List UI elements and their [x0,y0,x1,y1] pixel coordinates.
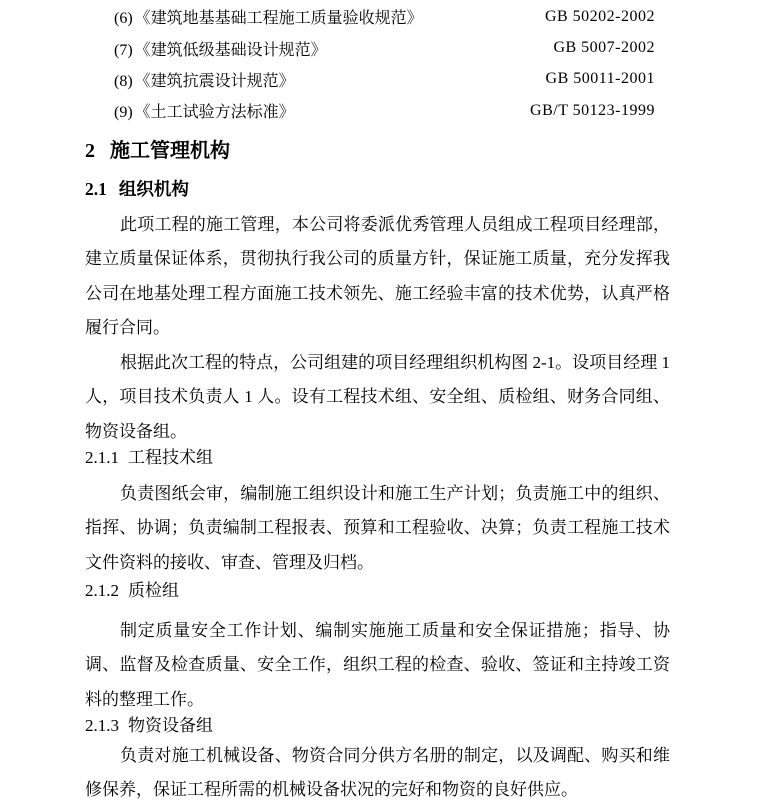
reference-title-group: (8) 《建筑抗震设计规范》 [114,68,295,91]
subsection-number: 2.1.1 [85,448,119,467]
reference-title-group: (9) 《土工试验方法标准》 [114,99,295,122]
reference-item: (8) 《建筑抗震设计规范》 GB 50011-2001 [114,64,655,95]
chapter-heading: 2施工管理机构 [85,138,230,164]
reference-title: 《土工试验方法标准》 [135,99,295,122]
subsection-title: 工程技术组 [128,448,213,467]
section-paragraph: 此项工程的施工管理，本公司将委派优秀管理人员组成工程项目经理部，建立质量保证体系… [85,208,670,346]
reference-item: (7) 《建筑低级基础设计规范》 GB 5007-2002 [114,32,655,63]
reference-number: (7) [114,42,133,60]
subsection-heading: 2.1.2质检组 [85,577,179,605]
section-paragraph: 根据此次工程的特点，公司组建的项目经理组织机构图 2-1。设项目经理 1 人，项… [85,346,670,449]
section-heading: 2.1组织机构 [85,177,189,201]
reference-item: (9) 《土工试验方法标准》 GB/T 50123-1999 [114,95,655,126]
subsection-heading: 2.1.1工程技术组 [85,444,213,472]
reference-standard-code: GB 50202-2002 [545,8,655,26]
chapter-number: 2 [85,140,95,162]
reference-title-group: (7) 《建筑低级基础设计规范》 [114,37,327,60]
reference-item: (6) 《建筑地基基础工程施工质量验收规范》 GB 50202-2002 [114,1,655,32]
reference-number: (9) [114,104,133,122]
subsection-paragraph: 负责图纸会审，编制施工组织设计和施工生产计划；负责施工中的组织、指挥、协调；负责… [85,477,670,580]
reference-number: (6) [114,10,133,28]
reference-title: 《建筑低级基础设计规范》 [135,37,327,60]
reference-standard-code: GB/T 50123-1999 [530,102,655,120]
reference-standard-code: GB 5007-2002 [553,39,655,57]
subsection-heading: 2.1.3物资设备组 [85,712,213,740]
section-title: 组织机构 [119,179,189,199]
subsection-paragraph: 制定质量安全工作计划、编制实施施工质量和安全保证措施；指导、协调、监督及检查质量… [85,614,670,717]
reference-title: 《建筑地基基础工程施工质量验收规范》 [135,5,423,28]
reference-number: (8) [114,73,133,91]
subsection-paragraph: 负责对施工机械设备、物资合同分供方名册的制定，以及调配、购买和维修保养，保证工程… [85,739,670,808]
subsection-title: 物资设备组 [128,716,213,735]
reference-standard-code: GB 50011-2001 [546,70,655,88]
subsection-number: 2.1.2 [85,581,119,600]
reference-title: 《建筑抗震设计规范》 [135,68,295,91]
subsection-number: 2.1.3 [85,716,119,735]
reference-list: (6) 《建筑地基基础工程施工质量验收规范》 GB 50202-2002 (7)… [114,1,655,127]
chapter-title: 施工管理机构 [110,140,230,162]
reference-title-group: (6) 《建筑地基基础工程施工质量验收规范》 [114,5,423,28]
section-number: 2.1 [85,179,107,199]
document-page: (6) 《建筑地基基础工程施工质量验收规范》 GB 50202-2002 (7)… [0,0,780,808]
subsection-title: 质检组 [128,581,179,600]
